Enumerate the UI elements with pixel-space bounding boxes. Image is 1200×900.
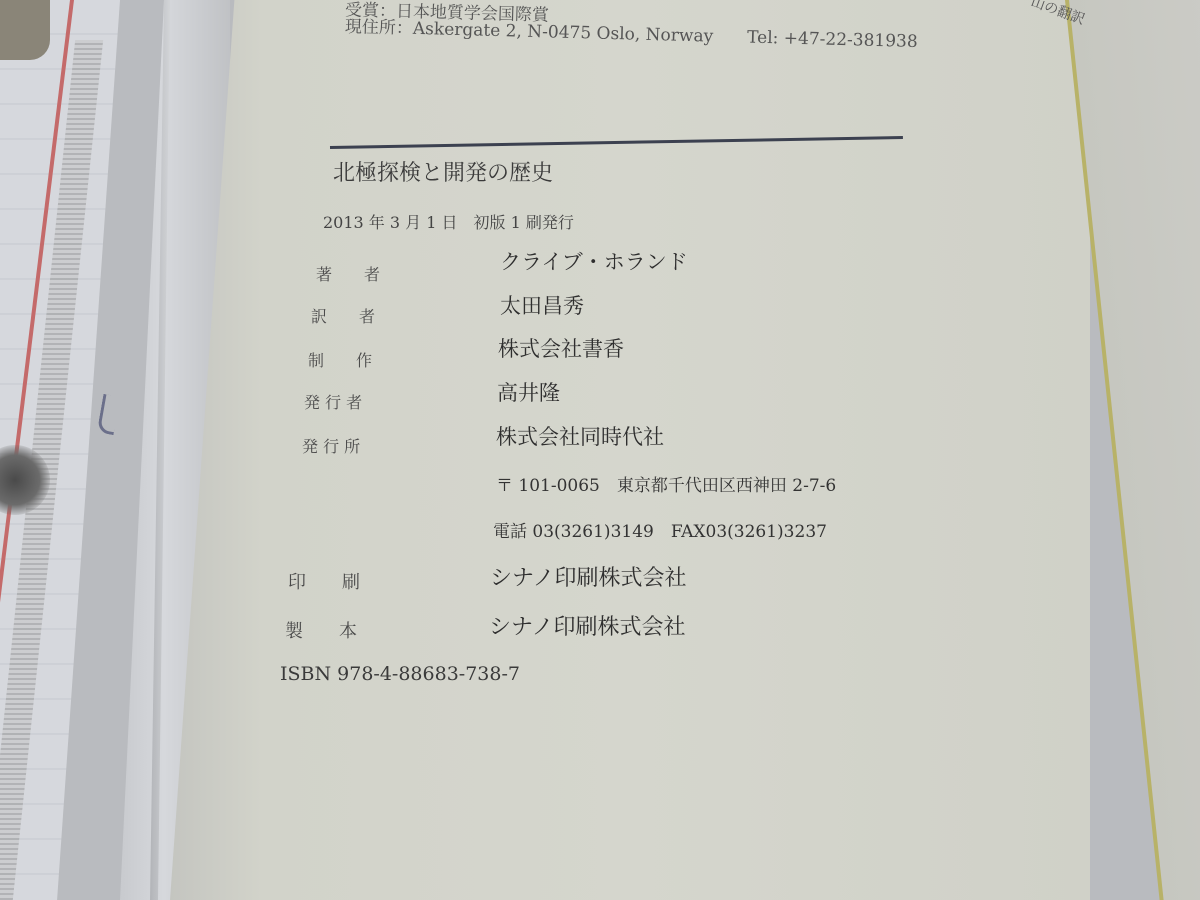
label-publishing-house: 発 行 所 bbox=[302, 434, 360, 457]
value-production: 株式会社書香 bbox=[498, 333, 624, 363]
value-author: クライブ・ホランド bbox=[500, 246, 688, 276]
label-binding: 製 本 bbox=[285, 617, 357, 643]
pen-mark bbox=[97, 394, 121, 435]
value-translator: 太田昌秀 bbox=[500, 290, 584, 320]
label-author: 著 者 bbox=[316, 262, 426, 285]
desk-corner bbox=[0, 0, 50, 60]
label-production: 制 作 bbox=[308, 348, 372, 371]
value-binding: シナノ印刷株式会社 bbox=[489, 610, 685, 641]
isbn: ISBN 978-4-88683-738-7 bbox=[280, 663, 520, 685]
value-publisher: 高井隆 bbox=[497, 377, 560, 407]
label-publisher: 発 行 者 bbox=[304, 390, 362, 413]
label-printing: 印 刷 bbox=[288, 568, 360, 594]
value-publishing-house: 株式会社同時代社 bbox=[496, 421, 664, 451]
edition-date: 2013 年 3 月 1 日 初版 1 刷発行 bbox=[323, 210, 574, 233]
value-printing: シナノ印刷株式会社 bbox=[490, 561, 686, 592]
postal-address: 〒 101-0065 東京都千代田区西神田 2-7-6 bbox=[496, 471, 836, 496]
book-title: 北極探検と開発の歴史 bbox=[333, 156, 553, 187]
phone-fax: 電話 03(3261)3149 FAX03(3261)3237 bbox=[493, 517, 827, 542]
label-translator: 訳 者 bbox=[311, 304, 375, 327]
